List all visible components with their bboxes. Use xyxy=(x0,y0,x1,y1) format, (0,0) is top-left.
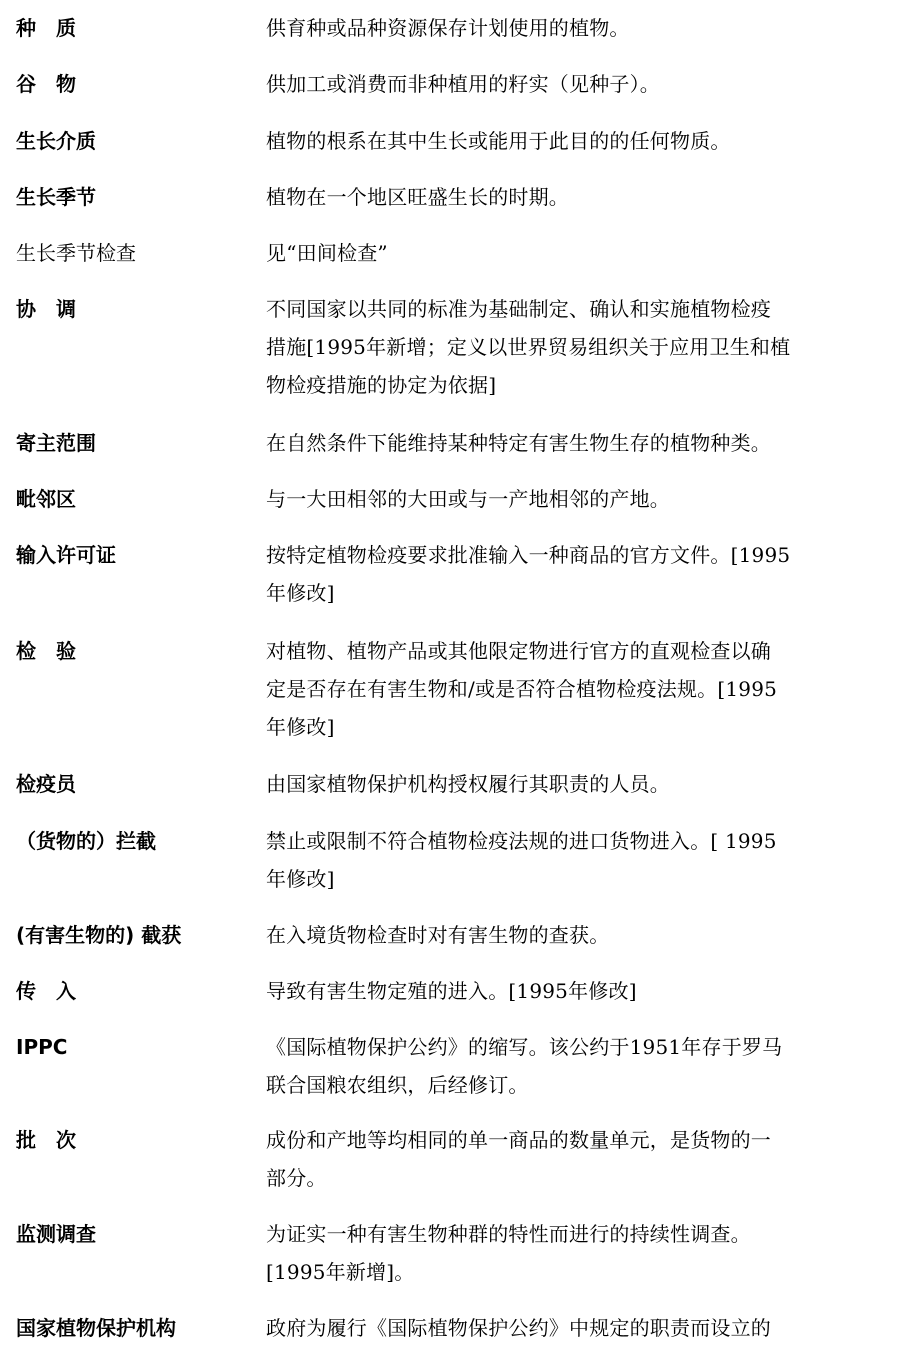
glossary-term: 国家植物保护机构 xyxy=(16,1309,256,1347)
glossary-term: 传 入 xyxy=(16,972,256,1010)
glossary-term: 检疫员 xyxy=(16,765,256,803)
definition-line: 部分。 xyxy=(266,1159,891,1197)
definition-line: 联合国粮农组织，后经修订。 xyxy=(266,1066,891,1104)
definition-line: 在入境货物检查时对有害生物的查获。 xyxy=(266,916,891,954)
glossary-term: 输入许可证 xyxy=(16,536,256,574)
definition-line: 成份和产地等均相同的单一商品的数量单元，是货物的一 xyxy=(266,1121,891,1159)
definition-line: 与一大田相邻的大田或与一产地相邻的产地。 xyxy=(266,480,891,518)
glossary-definition: 在入境货物检查时对有害生物的查获。 xyxy=(266,916,891,954)
glossary-term: （货物的）拦截 xyxy=(16,822,256,860)
glossary-term: 寄主范围 xyxy=(16,424,256,462)
glossary-definition: 由国家植物保护机构授权履行其职责的人员。 xyxy=(266,765,891,803)
definition-line: 年修改] xyxy=(266,708,891,746)
glossary-definition: 与一大田相邻的大田或与一产地相邻的产地。 xyxy=(266,480,891,518)
glossary-definition: 植物在一个地区旺盛生长的时期。 xyxy=(266,178,891,216)
glossary-definition: 导致有害生物定殖的进入。[1995年修改] xyxy=(266,972,891,1010)
glossary-definition: 对植物、植物产品或其他限定物进行官方的直观检查以确定是否存在有害生物和/或是否符… xyxy=(266,632,891,746)
definition-line: 对植物、植物产品或其他限定物进行官方的直观检查以确 xyxy=(266,632,891,670)
definition-line: 物检疫措施的协定为依据] xyxy=(266,366,891,404)
glossary-definition: 植物的根系在其中生长或能用于此目的的任何物质。 xyxy=(266,122,891,160)
glossary-definition: 在自然条件下能维持某种特定有害生物生存的植物种类。 xyxy=(266,424,891,462)
glossary-term: 生长介质 xyxy=(16,122,256,160)
definition-line: 《国际植物保护公约》的缩写。该公约于1951年存于罗马 xyxy=(266,1028,891,1066)
definition-line: 在自然条件下能维持某种特定有害生物生存的植物种类。 xyxy=(266,424,891,462)
definition-line: 定是否存在有害生物和/或是否符合植物检疫法规。[1995 xyxy=(266,670,891,708)
glossary-definition: 成份和产地等均相同的单一商品的数量单元，是货物的一部分。 xyxy=(266,1121,891,1197)
definition-line: 措施[1995年新增；定义以世界贸易组织关于应用卫生和植 xyxy=(266,328,891,366)
definition-line: 植物在一个地区旺盛生长的时期。 xyxy=(266,178,891,216)
definition-line: 供育种或品种资源保存计划使用的植物。 xyxy=(266,9,891,47)
glossary-definition: 为证实一种有害生物种群的特性而进行的持续性调查。[1995年新增]。 xyxy=(266,1215,891,1291)
definition-line: 年修改] xyxy=(266,574,891,612)
definition-line: 植物的根系在其中生长或能用于此目的的任何物质。 xyxy=(266,122,891,160)
glossary-term: 协 调 xyxy=(16,290,256,328)
definition-line: 导致有害生物定殖的进入。[1995年修改] xyxy=(266,972,891,1010)
glossary-term: (有害生物的) 截获 xyxy=(16,916,256,954)
definition-line: 政府为履行《国际植物保护公约》中规定的职责而设立的 xyxy=(266,1309,891,1347)
glossary-term: 毗邻区 xyxy=(16,480,256,518)
glossary-definition: 《国际植物保护公约》的缩写。该公约于1951年存于罗马联合国粮农组织，后经修订。 xyxy=(266,1028,891,1104)
glossary-term: 种 质 xyxy=(16,9,256,47)
definition-line: 由国家植物保护机构授权履行其职责的人员。 xyxy=(266,765,891,803)
definition-line: 见“田间检查” xyxy=(266,234,891,272)
glossary-term: 生长季节 xyxy=(16,178,256,216)
glossary-definition: 见“田间检查” xyxy=(266,234,891,272)
glossary-term: 检 验 xyxy=(16,632,256,670)
definition-line: 供加工或消费而非种植用的籽实（见种子）。 xyxy=(266,65,891,103)
glossary-term: 生长季节检查 xyxy=(16,234,256,272)
definition-line: 年修改] xyxy=(266,860,891,898)
glossary-definition: 政府为履行《国际植物保护公约》中规定的职责而设立的 xyxy=(266,1309,891,1347)
definition-line: 禁止或限制不符合植物检疫法规的进口货物进入。[ 1995 xyxy=(266,822,891,860)
definition-line: [1995年新增]。 xyxy=(266,1253,891,1291)
definition-line: 为证实一种有害生物种群的特性而进行的持续性调查。 xyxy=(266,1215,891,1253)
glossary-term: 谷 物 xyxy=(16,65,256,103)
glossary-definition: 供加工或消费而非种植用的籽实（见种子）。 xyxy=(266,65,891,103)
glossary-term: 批 次 xyxy=(16,1121,256,1159)
definition-line: 按特定植物检疫要求批准输入一种商品的官方文件。[1995 xyxy=(266,536,891,574)
definition-line: 不同国家以共同的标准为基础制定、确认和实施植物检疫 xyxy=(266,290,891,328)
glossary-definition: 禁止或限制不符合植物检疫法规的进口货物进入。[ 1995年修改] xyxy=(266,822,891,898)
glossary-term: 监测调查 xyxy=(16,1215,256,1253)
glossary-definition: 不同国家以共同的标准为基础制定、确认和实施植物检疫措施[1995年新增；定义以世… xyxy=(266,290,891,404)
glossary-definition: 供育种或品种资源保存计划使用的植物。 xyxy=(266,9,891,47)
glossary-definition: 按特定植物检疫要求批准输入一种商品的官方文件。[1995年修改] xyxy=(266,536,891,612)
glossary-term: IPPC xyxy=(16,1028,256,1066)
